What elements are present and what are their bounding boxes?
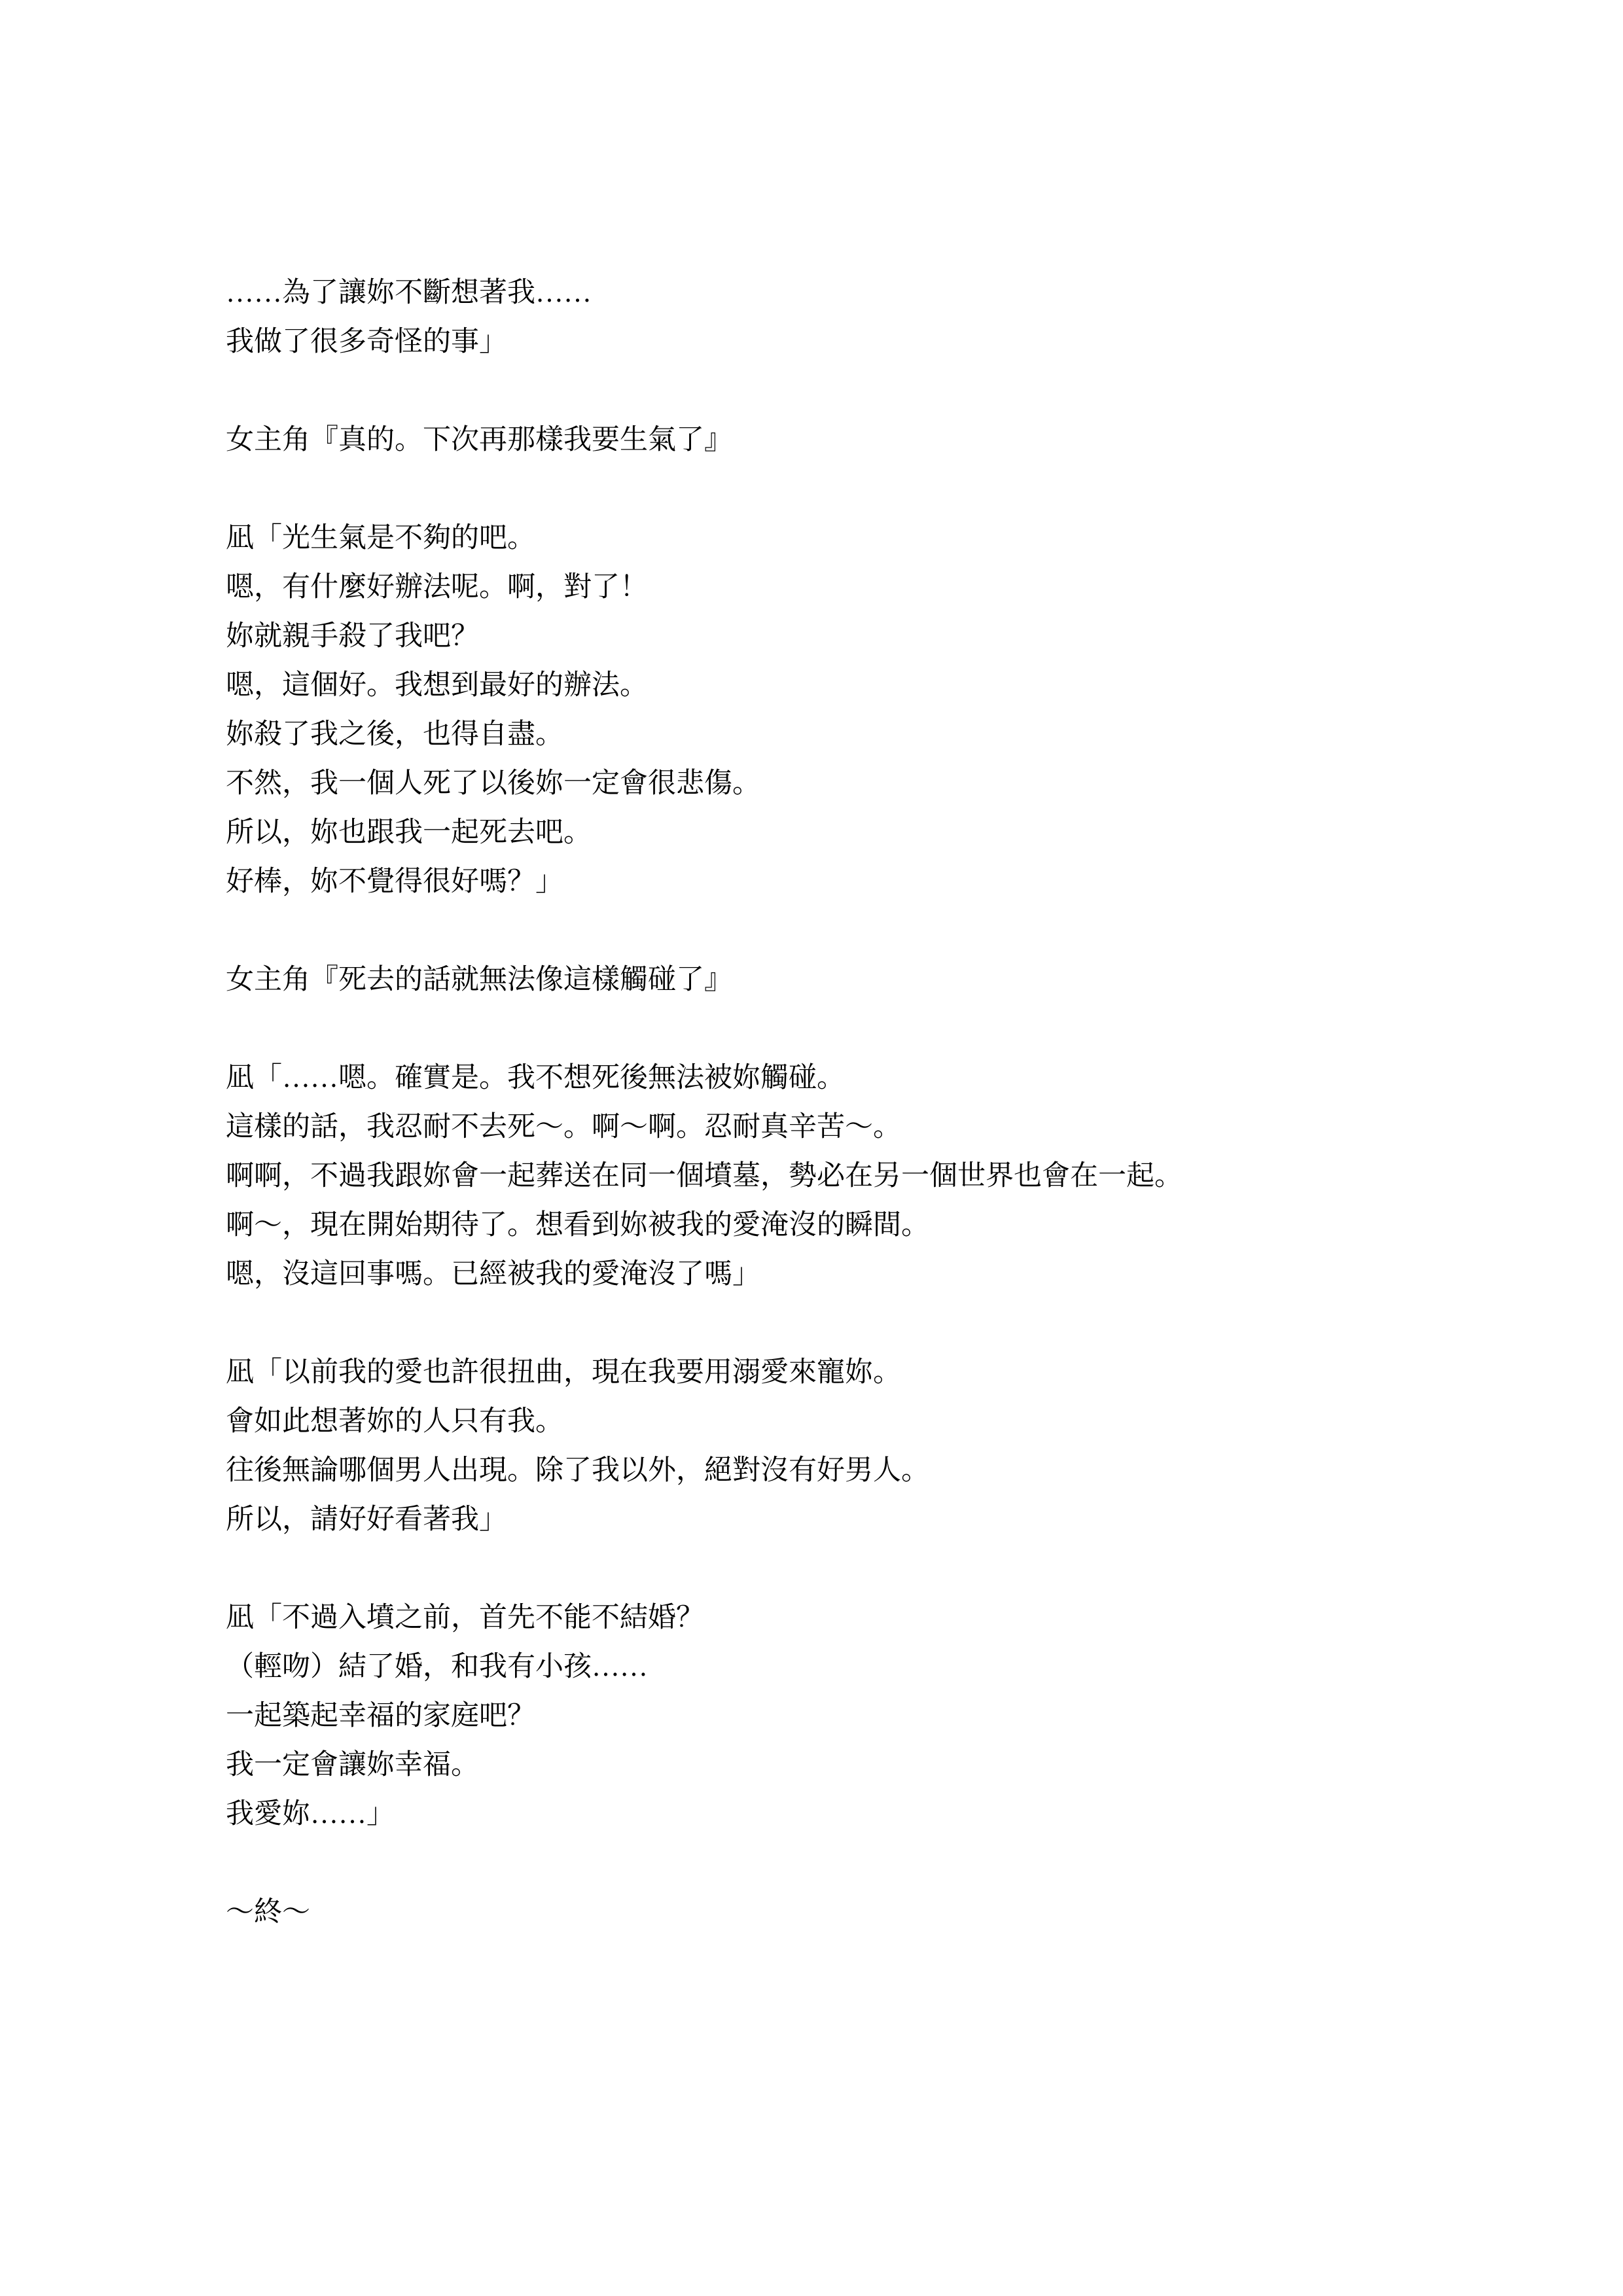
text-line: 女主角『真的。下次再那樣我要生氣了』 xyxy=(226,415,1469,465)
text-line: 我做了很多奇怪的事」 xyxy=(226,317,1469,366)
paragraph-nagi-line-3: 凪「以前我的愛也許很扭曲，現在我要用溺愛來寵妳。會如此想著妳的人只有我。往後無論… xyxy=(226,1348,1469,1544)
text-line: 啊～，現在開始期待了。想看到妳被我的愛淹沒的瞬間。 xyxy=(226,1201,1469,1250)
text-line: 我愛妳……」 xyxy=(226,1790,1469,1839)
paragraph-narration-opening: ……為了讓妳不斷想著我……我做了很多奇怪的事」 xyxy=(226,268,1469,366)
paragraph-heroine-line-2: 女主角『死去的話就無法像這樣觸碰了』 xyxy=(226,955,1469,1004)
text-line: 妳殺了我之後，也得自盡。 xyxy=(226,710,1469,759)
text-line: 凪「……嗯。確實是。我不想死後無法被妳觸碰。 xyxy=(226,1053,1469,1103)
text-line: 嗯，這個好。我想到最好的辦法。 xyxy=(226,661,1469,710)
text-line: 凪「光生氣是不夠的吧。 xyxy=(226,514,1469,563)
text-line: 一起築起幸福的家庭吧？ xyxy=(226,1691,1469,1740)
paragraph-heroine-line-1: 女主角『真的。下次再那樣我要生氣了』 xyxy=(226,415,1469,465)
paragraph-nagi-line-1: 凪「光生氣是不夠的吧。嗯，有什麼好辦法呢。啊，對了！妳就親手殺了我吧？嗯，這個好… xyxy=(226,514,1469,906)
text-line: 所以，妳也跟我一起死去吧。 xyxy=(226,808,1469,857)
text-line: 我一定會讓妳幸福。 xyxy=(226,1740,1469,1790)
text-line: ……為了讓妳不斷想著我…… xyxy=(226,268,1469,317)
text-line: 啊啊，不過我跟妳會一起葬送在同一個墳墓，勢必在另一個世界也會在一起。 xyxy=(226,1152,1469,1201)
text-line: （輕吻）結了婚，和我有小孩…… xyxy=(226,1642,1469,1691)
text-line: 女主角『死去的話就無法像這樣觸碰了』 xyxy=(226,955,1469,1004)
text-line: 會如此想著妳的人只有我。 xyxy=(226,1397,1469,1446)
text-line: 凪「以前我的愛也許很扭曲，現在我要用溺愛來寵妳。 xyxy=(226,1348,1469,1397)
page-content: ……為了讓妳不斷想著我……我做了很多奇怪的事」女主角『真的。下次再那樣我要生氣了… xyxy=(226,268,1469,1937)
text-line: 妳就親手殺了我吧？ xyxy=(226,612,1469,661)
text-line: 不然，我一個人死了以後妳一定會很悲傷。 xyxy=(226,759,1469,808)
text-line: 嗯，沒這回事嗎。已經被我的愛淹沒了嗎」 xyxy=(226,1250,1469,1299)
text-line: 好棒，妳不覺得很好嗎？」 xyxy=(226,857,1469,906)
paragraph-ending-mark: ～終～ xyxy=(226,1888,1469,1937)
text-line: 往後無論哪個男人出現。除了我以外，絕對沒有好男人。 xyxy=(226,1446,1469,1495)
text-line: 嗯，有什麼好辦法呢。啊，對了！ xyxy=(226,563,1469,612)
text-line: 這樣的話，我忍耐不去死～。啊～啊。忍耐真辛苦～。 xyxy=(226,1103,1469,1152)
document-page: ……為了讓妳不斷想著我……我做了很多奇怪的事」女主角『真的。下次再那樣我要生氣了… xyxy=(0,0,1623,2296)
paragraph-nagi-line-4: 凪「不過入墳之前，首先不能不結婚？（輕吻）結了婚，和我有小孩……一起築起幸福的家… xyxy=(226,1593,1469,1839)
text-line: ～終～ xyxy=(226,1888,1469,1937)
text-line: 所以，請好好看著我」 xyxy=(226,1495,1469,1544)
text-line: 凪「不過入墳之前，首先不能不結婚？ xyxy=(226,1593,1469,1642)
paragraph-nagi-line-2: 凪「……嗯。確實是。我不想死後無法被妳觸碰。這樣的話，我忍耐不去死～。啊～啊。忍… xyxy=(226,1053,1469,1299)
